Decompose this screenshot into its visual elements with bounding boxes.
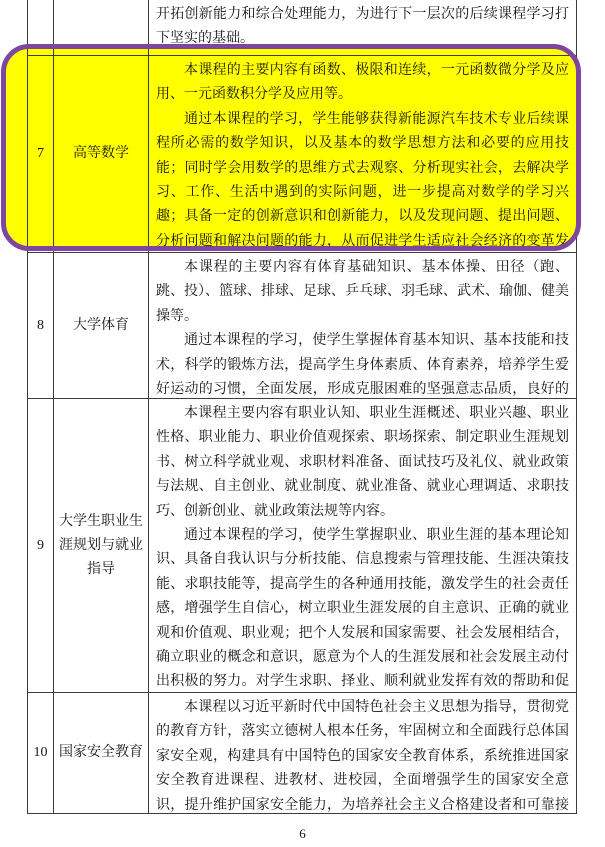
course-name-cell: 高等数学 [54,56,149,252]
description-cell: 本课程以习近平新时代中国特色社会主义思想为指导，贯彻党的教育方针，落实立德树人根… [149,693,576,813]
description-cell: 本课程的主要内容有体育基础知识、基本体操、田径（跑、跳、投）、篮球、排球、足球、… [149,253,576,398]
table-row-9: 9 大学生职业生涯规划与就业指导 本课程主要内容有职业认知、职业生涯概述、职业兴… [28,398,576,692]
description-cell: 本课程的主要内容有函数、极限和连续，一元函数微分学及应用、一元函数积分学及应用等… [149,56,576,252]
course-name-cell: 国家安全教育 [54,693,149,813]
description-paragraph: 通过本课程的学习，使学生掌握体育基本知识、基本技能和技术，科学的锻炼方法，提高学… [156,329,569,398]
table-row-8: 8 大学体育 本课程的主要内容有体育基础知识、基本体操、田径（跑、跳、投）、篮球… [28,252,576,398]
course-name-text: 大学体育 [73,314,129,338]
course-cell-empty [54,0,149,55]
table-row-10: 10 国家安全教育 本课程以习近平新时代中国特色社会主义思想为指导，贯彻党的教育… [28,692,576,813]
row-number-text: 9 [37,538,44,554]
row-number: 10 [28,693,54,813]
description-paragraph: 本课程以习近平新时代中国特色社会主义思想为指导，贯彻党的教育方针，落实立德树人根… [156,696,569,813]
description-paragraph: 通过本课程的学习，使学生掌握职业、职业生涯的基本理论知识、具备自我认识与分析技能… [156,524,569,692]
description-paragraph: 本课程的主要内容有体育基础知识、基本体操、田径（跑、跳、投）、篮球、排球、足球、… [156,256,569,329]
course-name-cell: 大学生职业生涯规划与就业指导 [54,399,149,692]
description-cell: 开拓创新能力和综合处理能力，为进行下一层次的后续课程学习打下坚实的基础。 [149,0,576,55]
row-number-text: 8 [37,318,44,334]
row-number-text: 10 [34,745,48,761]
description-paragraph: 开拓创新能力和综合处理能力，为进行下一层次的后续课程学习打下坚实的基础。 [156,3,569,52]
row-number: 9 [28,399,54,692]
page-number: 6 [0,826,605,842]
description-paragraph: 本课程的主要内容有函数、极限和连续，一元函数微分学及应用、一元函数积分学及应用等… [156,59,569,108]
row-number: 7 [28,56,54,252]
number-cell-empty [28,0,54,55]
row-number: 8 [28,253,54,398]
description-paragraph: 通过本课程的学习，学生能够获得新能源汽车技术专业后续课程所必需的数学知识，以及基… [156,108,569,252]
course-name-cell: 大学体育 [54,253,149,398]
table-row-continuation: 开拓创新能力和综合处理能力，为进行下一层次的后续课程学习打下坚实的基础。 [28,0,576,55]
course-name-text: 国家安全教育 [59,741,143,765]
description-cell: 本课程主要内容有职业认知、职业生涯概述、职业兴趣、职业性格、职业能力、职业价值观… [149,399,576,692]
course-name-text: 高等数学 [73,142,129,166]
description-paragraph: 本课程主要内容有职业认知、职业生涯概述、职业兴趣、职业性格、职业能力、职业价值观… [156,402,569,524]
document-page: 开拓创新能力和综合处理能力，为进行下一层次的后续课程学习打下坚实的基础。 7 高… [0,0,605,847]
row-number-text: 7 [37,146,44,162]
course-table: 开拓创新能力和综合处理能力，为进行下一层次的后续课程学习打下坚实的基础。 7 高… [27,0,577,814]
course-name-text: 大学生职业生涯规划与就业指导 [57,510,145,582]
table-row-7-highlighted: 7 高等数学 本课程的主要内容有函数、极限和连续，一元函数微分学及应用、一元函数… [28,55,576,252]
